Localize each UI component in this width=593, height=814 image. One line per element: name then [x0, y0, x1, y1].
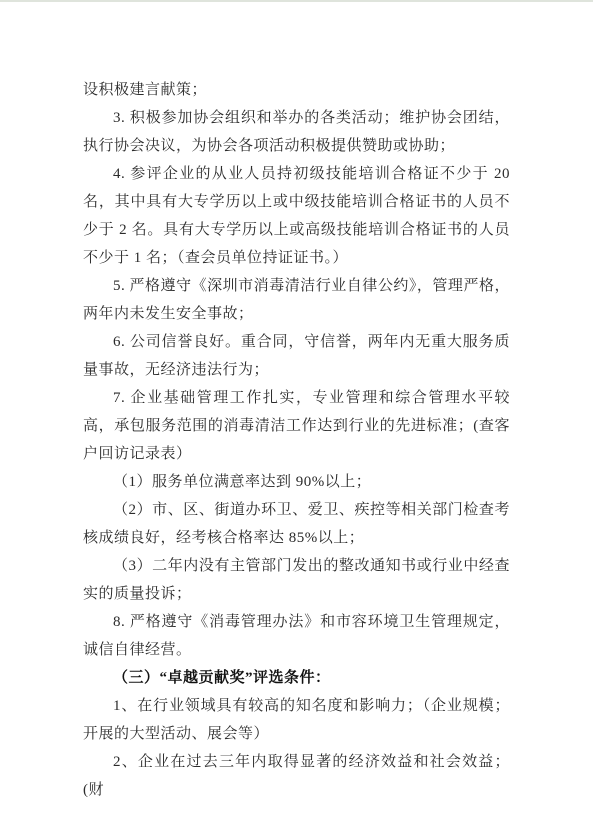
paragraph: （三）“卓越贡献奖”评选条件：: [83, 664, 510, 692]
document-page: 设积极建言献策；3. 积极参加协会组织和举办的各类活动；维护协会团结，执行协会决…: [0, 0, 593, 814]
paragraph: 3. 积极参加协会组织和举办的各类活动；维护协会团结，执行协会决议，为协会各项活…: [83, 104, 510, 160]
paragraph: （1）服务单位满意率达到 90%以上；: [83, 468, 510, 496]
paragraph: 8. 严格遵守《消毒管理办法》和市容环境卫生管理规定，诚信自律经营。: [83, 608, 510, 664]
document-body: 设积极建言献策；3. 积极参加协会组织和举办的各类活动；维护协会团结，执行协会决…: [83, 76, 510, 804]
paragraph: （2）市、区、街道办环卫、爱卫、疾控等相关部门检查考核成绩良好，经考核合格率达 …: [83, 496, 510, 552]
paragraph: 2、企业在过去三年内取得显著的经济效益和社会效益；(财: [83, 748, 510, 804]
paragraph: 4. 参评企业的从业人员持初级技能培训合格证不少于 20 名，其中具有大专学历以…: [83, 160, 510, 272]
paragraph: 1、在行业领域具有较高的知名度和影响力；（企业规模；开展的大型活动、展会等）: [83, 692, 510, 748]
paragraph: 6. 公司信誉良好。重合同，守信誉，两年内无重大服务质量事故，无经济违法行为；: [83, 328, 510, 384]
paragraph: 5. 严格遵守《深圳市消毒清洁行业自律公约》，管理严格，两年内未发生安全事故；: [83, 272, 510, 328]
paragraph: 设积极建言献策；: [83, 76, 510, 104]
paragraph: 7. 企业基础管理工作扎实，专业管理和综合管理水平较高，承包服务范围的消毒清洁工…: [83, 384, 510, 468]
paragraph: （3）二年内没有主管部门发出的整改通知书或行业中经查实的质量投诉；: [83, 552, 510, 608]
